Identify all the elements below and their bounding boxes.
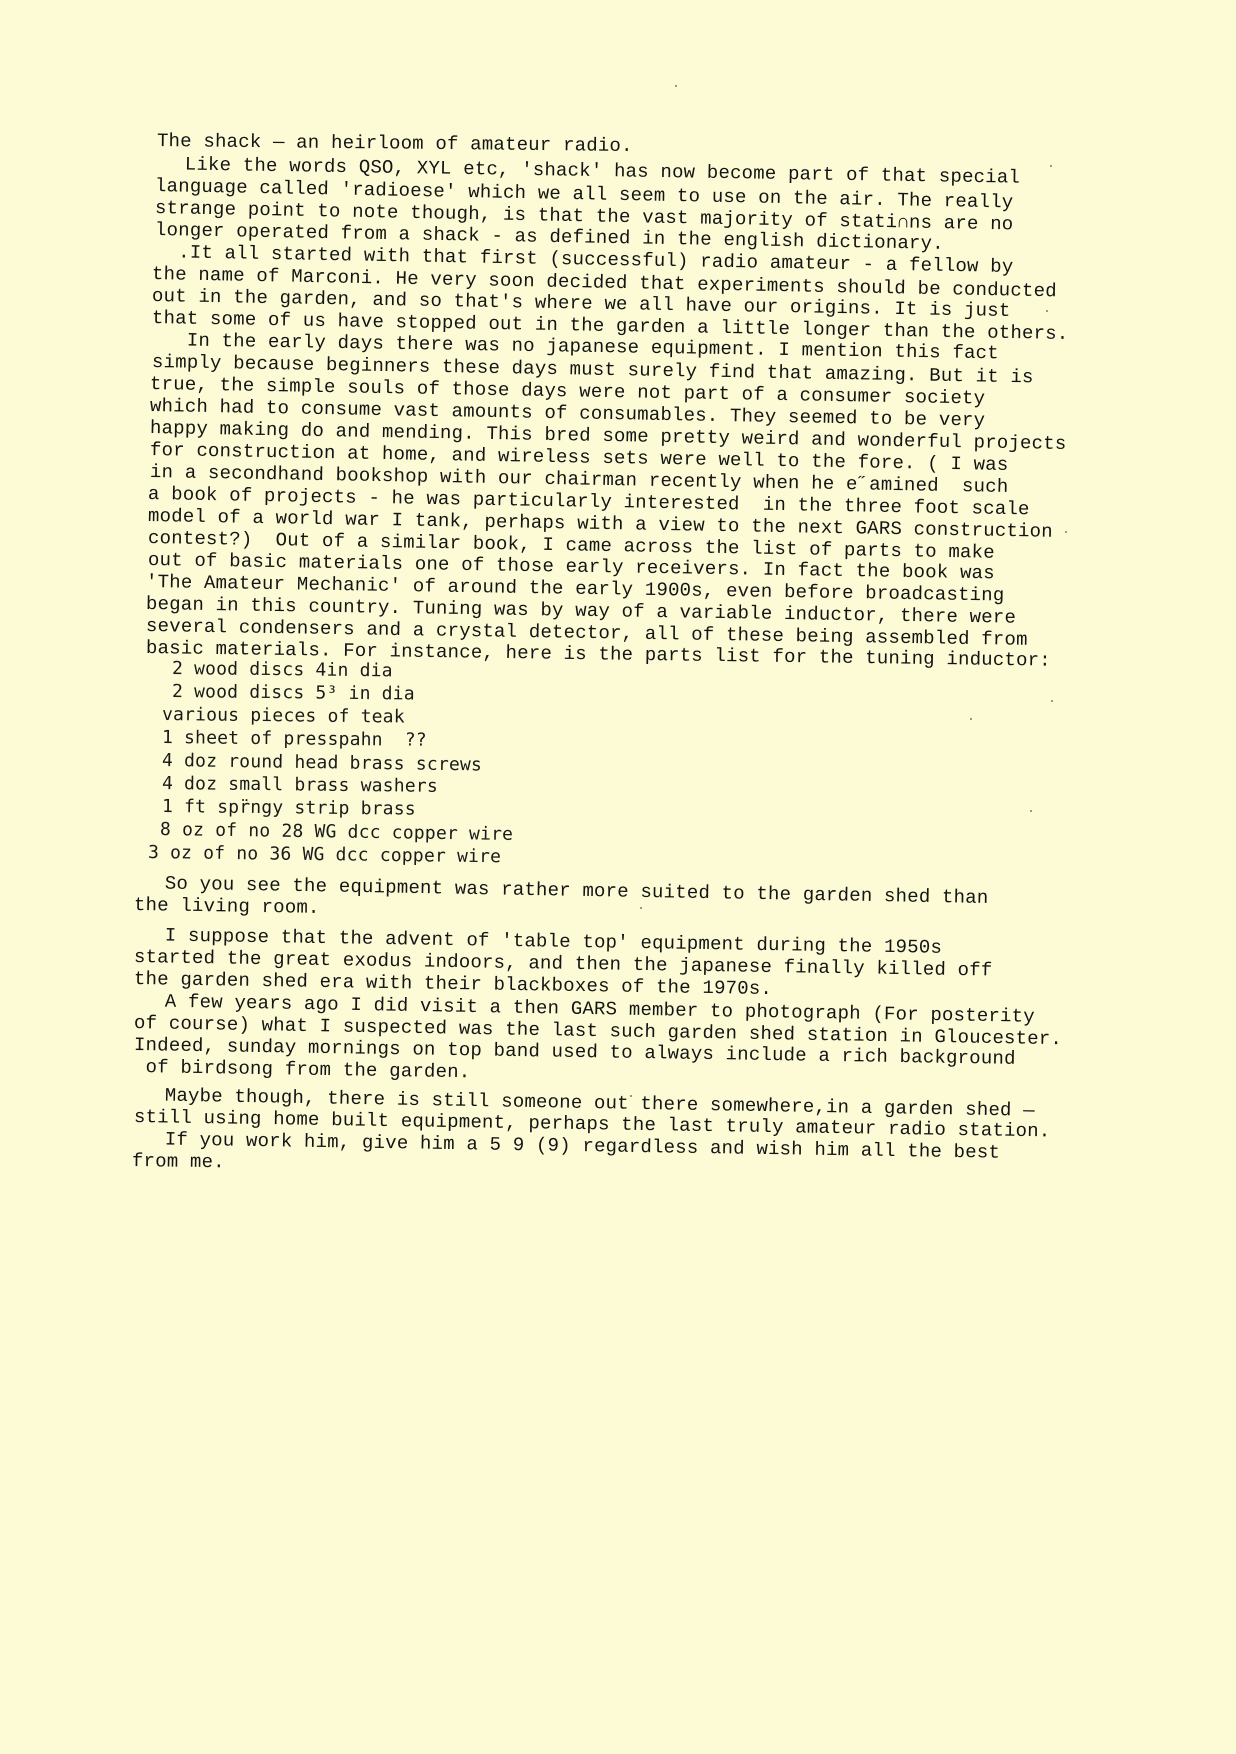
parts-list-item: 1 sheet of presspahn ??: [162, 727, 427, 752]
paper-speck: [640, 907, 642, 909]
parts-list-item: 1 ft spr̈ngy strip brass: [162, 796, 416, 821]
paper-speck: [1030, 810, 1032, 812]
parts-list-item: 4 doz round head brass screws: [162, 750, 482, 776]
paper-speck: [1050, 165, 1052, 167]
parts-list-item: 2 wood discs 5³ in dia: [172, 681, 415, 706]
paper-speck: [675, 85, 677, 87]
paper-speck: [970, 718, 972, 720]
body-line: the living room.: [134, 894, 320, 919]
paper-speck: [1051, 700, 1053, 702]
parts-list-item: various pieces of teak: [162, 704, 405, 729]
parts-list-item: 3 oz of no 36 WG dcc copper wire: [148, 842, 501, 868]
parts-list-item: 4 doz small brass washers: [162, 773, 438, 798]
paper-speck: [1065, 531, 1067, 533]
document-title: The shack — an heirloom of amateur radio…: [157, 130, 633, 157]
body-line: from me.: [132, 1150, 225, 1173]
paper-speck: [1046, 310, 1048, 312]
paper-speck: [630, 1095, 632, 1097]
body-line: of birdsong from the garden.: [134, 1056, 471, 1083]
document-page: The shack — an heirloom of amateur radio…: [0, 0, 1236, 1754]
parts-list-item: 2 wood discs 4in dia: [172, 658, 393, 682]
